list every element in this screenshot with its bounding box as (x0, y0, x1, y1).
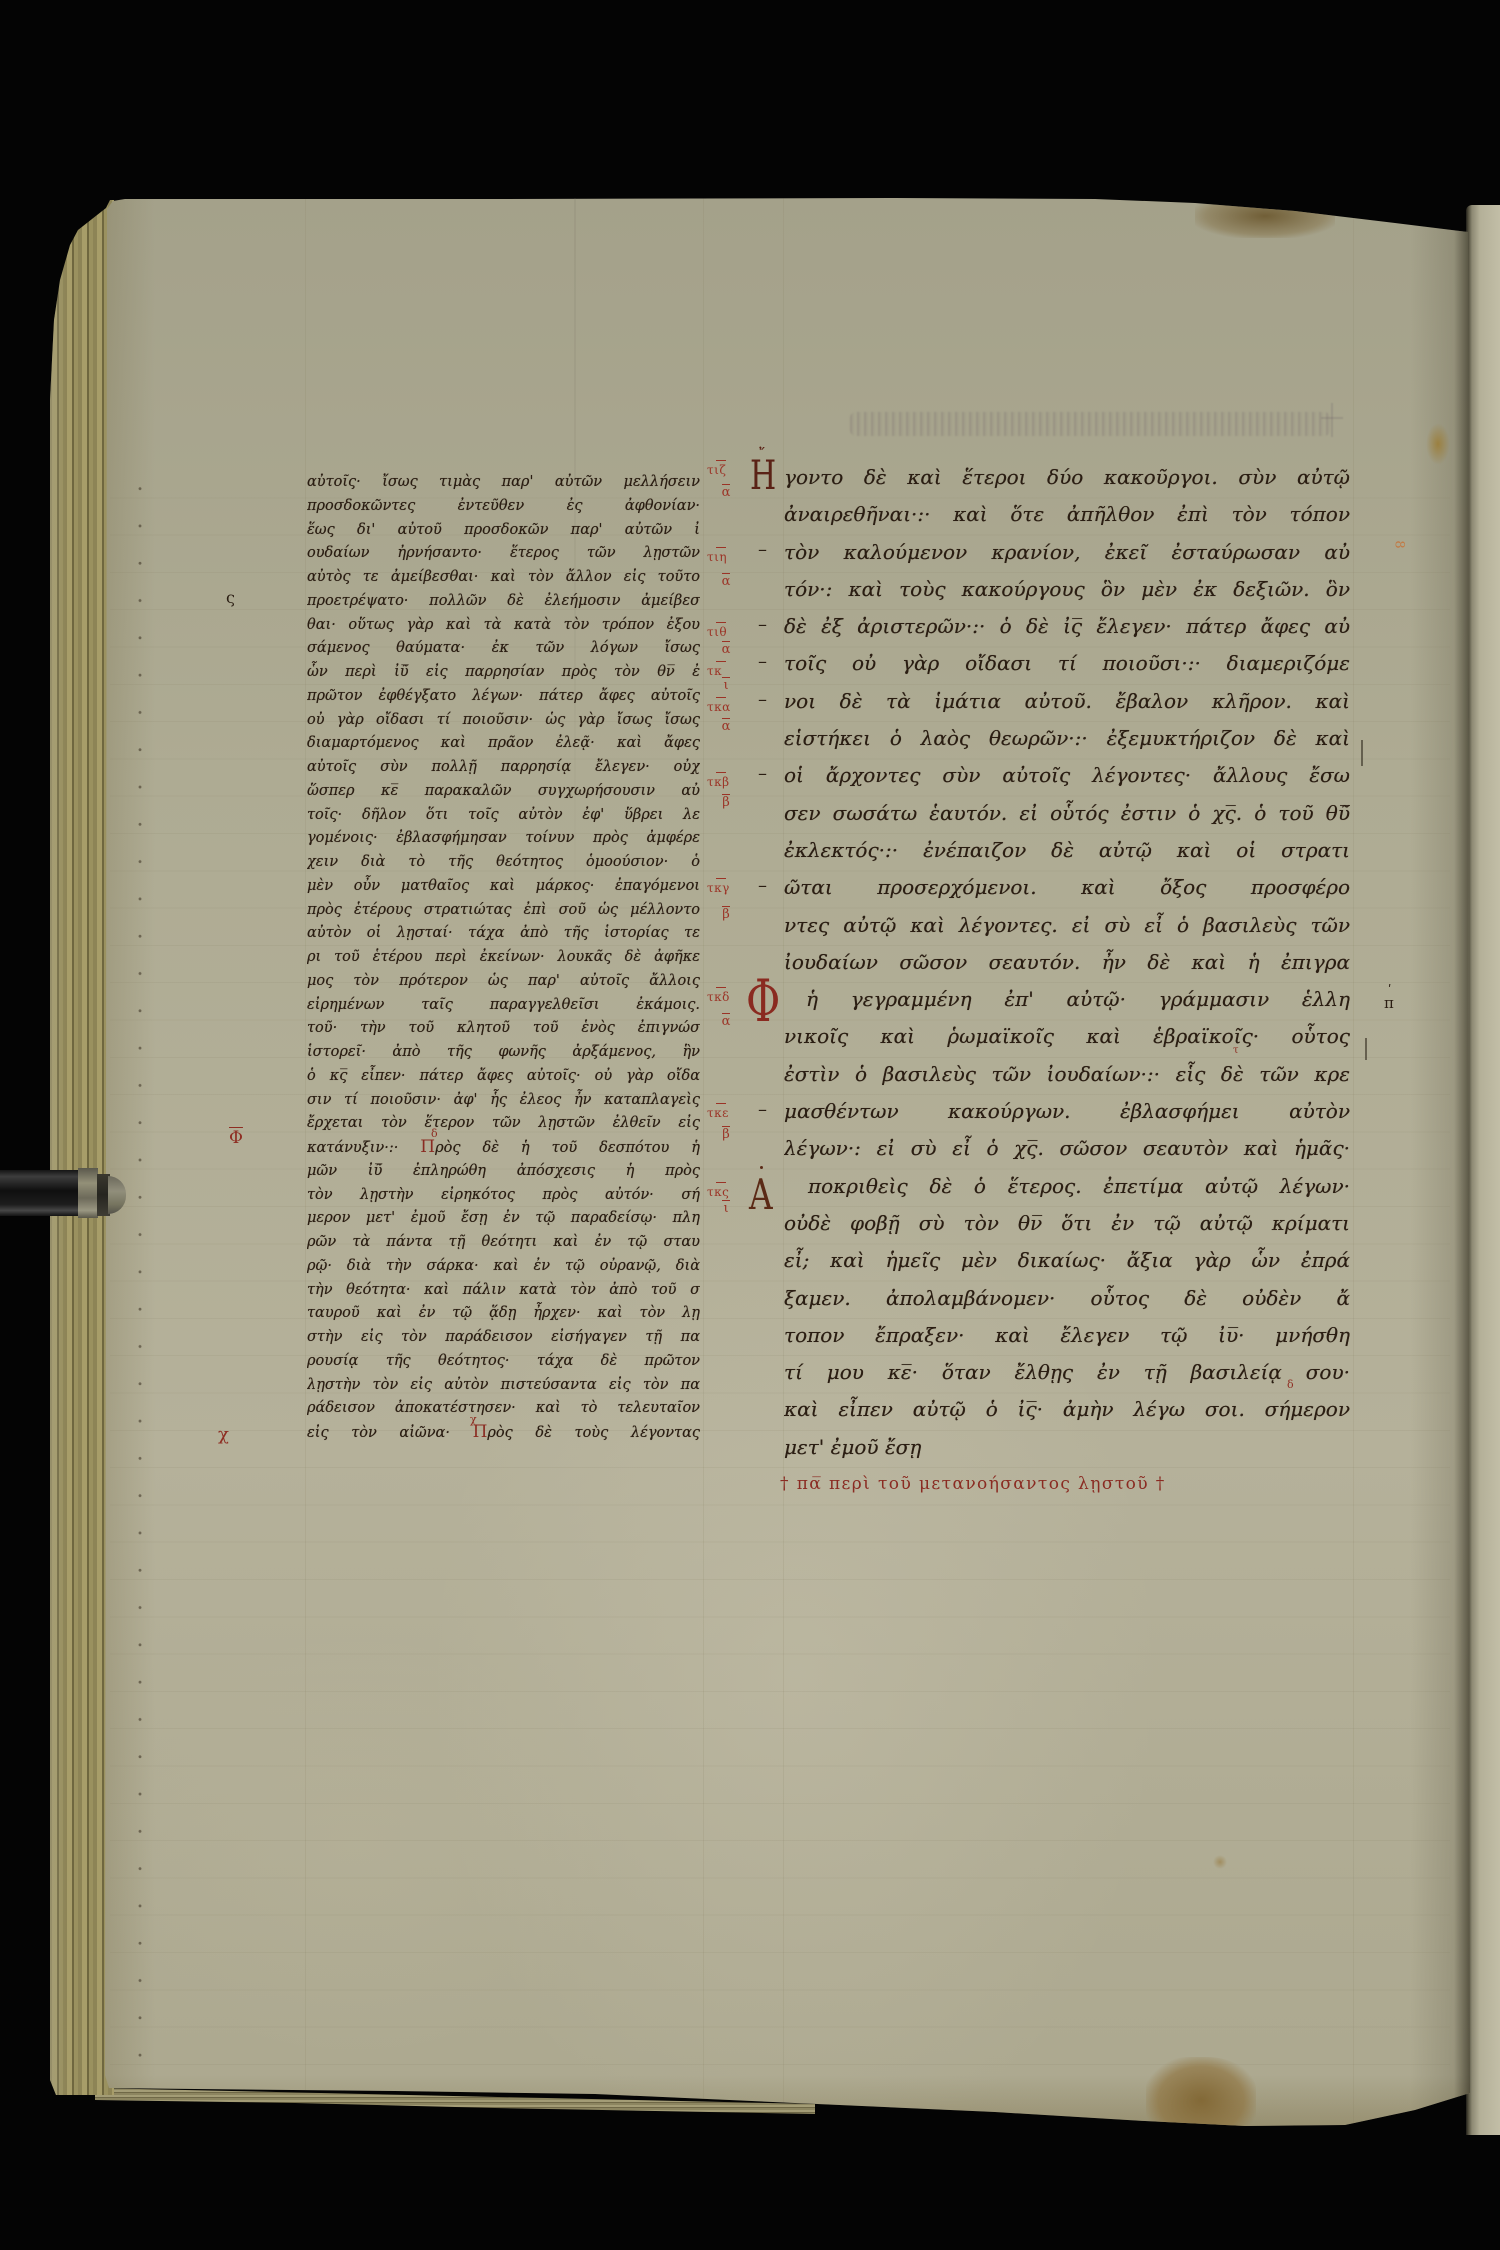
section-start-dash: – (758, 690, 767, 710)
text-line: εἶ; καὶ ἡμεῖς μὲν δικαίως· ἄξια γὰρ ὧν ἐ… (784, 1242, 1350, 1279)
section-start-dash: – (758, 615, 767, 635)
text-line-rubricated: εἰς τὸν αἰῶνα· Πρὸς δὲ τοὺς λέγοντας (307, 1421, 700, 1445)
stain-spot (1426, 423, 1450, 465)
text-line: ταυροῦ καὶ ἐν τῷ ᾅδῃ ἦρχεν· καὶ τὸν λῃ (307, 1302, 700, 1326)
text-line: μερον μετ' ἐμοῦ ἔσῃ ἐν τῷ παραδείσῳ· πλη (307, 1207, 700, 1231)
text-line: τὸν λῃστὴν εἰρηκότος πρὸς αὐτόν· σή (307, 1184, 700, 1208)
canon-number: α (719, 720, 733, 734)
text-line: οὐδὲ φοβῇ σὺ τὸν θν̅ ὅτι ἐν τῷ αὐτῷ κρίμ… (784, 1205, 1350, 1242)
canon-number: β (719, 908, 733, 922)
section-label: τιζ (707, 463, 726, 477)
text-line: τοῖς· δῆλον ὅτι τοῖς αὐτὸν ἐφ' ὕβρει λε (307, 804, 700, 828)
canon-number: α (719, 486, 733, 500)
section-label: τκγ (707, 881, 730, 895)
section-label: τιθ (707, 625, 727, 639)
initial-letter-eta: Η (750, 456, 776, 496)
canon-number: ι (719, 679, 733, 693)
text-line: σιν τί ποιοῦσιν· ἀφ' ἧς ἐλεος ἦν καταπλα… (307, 1089, 700, 1113)
text-line: αὐτοῖς σὺν πολλῇ παρρησίᾳ ἔλεγεν· οὐχ (307, 756, 700, 780)
text-line: διαμαρτόμενος καὶ πρᾶον ἐλεᾷ· καὶ ἄφες (307, 732, 700, 756)
section-number: τιζ α (707, 463, 749, 507)
canon-number: α (719, 643, 733, 657)
section-label: τιη (707, 550, 727, 564)
text-line: εἱστήκει ὁ λαὸς θεωρῶν·:· ἐξεμυκτήριζον … (784, 720, 1350, 757)
text-line: νοι δὲ τὰ ἱμάτια αὐτοῦ. ἔβαλον κλῆρον. κ… (784, 683, 1350, 720)
margin-mark-left: Φ (229, 1130, 243, 1147)
text-line: ἡ γεγραμμένη ἐπ' αὐτῷ· γράμμασιν ἑλλη (784, 981, 1350, 1018)
text-segment: ρὸς δὲ ἡ τοῦ δεσπότου ἡ (435, 1140, 700, 1156)
text-line: ἀναιρεθῆναι·:· καὶ ὅτε ἀπῆλθον ἐπὶ τὸν τ… (784, 496, 1350, 533)
text-line: ράδεισον ἀποκατέστησεν· καὶ τὸ τελευταῖο… (307, 1397, 700, 1421)
initial-breathing-dot (760, 1166, 763, 1169)
text-segment: εἰς τὸν αἰῶνα· (307, 1425, 473, 1441)
canon-number: α (719, 575, 733, 589)
section-number: τκς ι (707, 1185, 749, 1229)
text-line: τοῖς οὐ γὰρ οἴδασι τί ποιοῦσι·:· διαμερι… (784, 645, 1350, 682)
interlinear-mark: τ (1233, 1046, 1239, 1056)
text-line: ἔρχεται τὸν ἕτερον τῶν λῃστῶν ἐλθεῖν εἰς (307, 1112, 700, 1136)
text-line: καὶ εἶπεν αὐτῷ ὁ ἰς̅· ἀμὴν λέγω σοι. σήμ… (784, 1391, 1350, 1428)
section-label: τκβ (707, 775, 730, 789)
text-line: στὴν εἰς τὸν παράδεισον εἰσήγαγεν τῇ πα (307, 1326, 700, 1350)
text-line: ποκριθεὶς δὲ ὁ ἕτερος. ἐπετίμα αὐτῷ λέγω… (784, 1168, 1350, 1205)
text-line: ὁ κς̅ εἶπεν· πάτερ ἄφες αὐτοῖς· οὐ γὰρ ο… (307, 1065, 700, 1089)
section-number: τιη α (707, 550, 749, 594)
text-line: ἱστορεῖ· ἀπὸ τῆς φωνῆς ἀρξάμενος, ἣν (307, 1041, 700, 1065)
text-line: χειν διὰ τὸ τῆς θεότητος ὁμοούσιον· ὁ (307, 851, 700, 875)
margin-mark-right-lower: π (1384, 996, 1394, 1011)
text-line: ὧν περὶ ἰῦ̅ εἰς παρρησίαν πρὸς τὸν θν̅ ἐ (307, 661, 700, 685)
stain-spot (1213, 1855, 1227, 1869)
right-text-column: γοντο δὲ καὶ ἕτεροι δύο κακοῦργοι. σὺν α… (784, 459, 1350, 1466)
text-line: νικοῖς καὶ ῥωμαϊκοῖς καὶ ἑβραϊκοῖς· οὗτο… (784, 1018, 1350, 1055)
text-line: πρὸς ἑτέρους στρατιώτας ἐπὶ σοῦ ὡς μέλλο… (307, 899, 700, 923)
text-line: οὐ γὰρ οἴδασι τί ποιοῦσιν· ὡς γὰρ ἴσως ἴ… (307, 709, 700, 733)
section-start-dash: – (758, 764, 767, 784)
section-number: τκε β (707, 1106, 749, 1150)
section-number: τκγ β (707, 881, 749, 925)
text-line: ρουσίᾳ τῆς θεότητος· τάχα δὲ πρῶτον (307, 1350, 700, 1374)
text-line: ὥσπερ κε̅ παρακαλῶν συγχωρήσουσιν αὐ (307, 780, 700, 804)
section-start-dash: – (758, 652, 767, 672)
stain-bottom (1146, 2057, 1256, 2129)
text-line: ρι τοῦ ἑτέρου περὶ ἐκείνων· λουκᾶς δὲ ἀφ… (307, 946, 700, 970)
margin-tick (1365, 1038, 1367, 1060)
section-label: τκδ (707, 990, 730, 1004)
text-line: ρῶν τὰ πάντα τῇ θεότητι καὶ ἐν τῷ σταυ (307, 1231, 700, 1255)
section-number: τιθ α (707, 625, 749, 669)
section-label: τκε (707, 1106, 729, 1120)
text-line: προετρέψατο· πολλῶν δὲ ἐλεήμοσιν ἀμείβεσ (307, 590, 700, 614)
margin-tick (1361, 740, 1363, 766)
initial-letter-phi: Φ (746, 972, 780, 1030)
text-line-rubricated: κατάνυξιν·:· Πρὸς δὲ ἡ τοῦ δεσπότου ἡ (307, 1136, 700, 1160)
vertical-ruling (305, 195, 306, 2130)
rod-tip (108, 1176, 126, 1214)
text-line: ντες αὐτῷ καὶ λέγοντες. εἰ σὺ εἶ ὁ βασιλ… (784, 907, 1350, 944)
vertical-ruling (703, 195, 704, 2130)
section-start-dash: – (758, 1100, 767, 1120)
text-line: δὲ ἐξ ἀριστερῶν·:· ὁ δὲ ἰς̅ ἔλεγεν· πάτε… (784, 608, 1350, 645)
section-label: τκς (707, 1185, 729, 1199)
text-line: αὐτοῖς· ἴσως τιμὰς παρ' αὐτῶν μελλήσειν (307, 471, 700, 495)
canon-number: ι (719, 1202, 733, 1216)
rubric-chapter-title: † πα̅ περὶ τοῦ μετανοήσαντος λῃστοῦ † (780, 1474, 1166, 1494)
text-line: ἐστὶν ὁ βασιλεὺς τῶν ἰουδαίων·:· εἷς δὲ … (784, 1056, 1350, 1093)
section-label: τκα (707, 700, 731, 714)
rod-collar (78, 1168, 98, 1218)
section-number: τκα α (707, 700, 749, 744)
text-line: ἕως δι' αὐτοῦ προσδοκῶν παρ' αὐτῶν ἰ (307, 519, 700, 543)
text-line: λέγων·: εἰ σὺ εἶ ὁ χς̅. σῶσον σεαυτὸν κα… (784, 1130, 1350, 1167)
pricking-holes (136, 470, 144, 2090)
rod-body (0, 1170, 82, 1216)
text-line: τοῦ· τὴν τοῦ κλητοῦ τοῦ ἑνὸς ἐπιγνώσ (307, 1017, 700, 1041)
section-start-dash: – (758, 876, 767, 896)
text-line: αὐτὸς τε ἀμείβεσθαι· καὶ τὸν ἄλλον εἰς τ… (307, 566, 700, 590)
text-line: ρῷ· διὰ τὴν σάρκα· καὶ ἐν τῷ οὐρανῷ, διὰ (307, 1255, 700, 1279)
text-line: μος τὸν πρότερον ὡς παρ' αὐτοῖς ἄλλοις (307, 970, 700, 994)
section-label: τκ (707, 664, 722, 678)
interlinear-mark: δ (431, 1128, 438, 1139)
text-line: γοντο δὲ καὶ ἕτεροι δύο κακοῦργοι. σὺν α… (784, 459, 1350, 496)
text-line: ἐκλεκτός·:· ἐνέπαιζον δὲ αὐτῷ καὶ οἱ στρ… (784, 832, 1350, 869)
text-line: μετ' ἐμοῦ ἔσῃ (784, 1429, 1350, 1466)
text-line: τόν·: καὶ τοὺς κακούργους ὃν μὲν ἐκ δεξι… (784, 571, 1350, 608)
canon-number: β (719, 796, 733, 810)
text-line: αὐτὸν οἱ λῃσταί· τάχα ἀπὸ τῆς ἱστορίας τ… (307, 922, 700, 946)
margin-mark-left: χ (218, 1426, 229, 1444)
left-text-column: αὐτοῖς· ἴσως τιμὰς παρ' αὐτῶν μελλήσειν … (307, 471, 700, 1445)
text-line: ἰουδαίων σῶσον σεαυτόν. ἦν δὲ καὶ ἡ ἐπιγ… (784, 944, 1350, 981)
section-number: τκδ α (707, 990, 749, 1034)
interlinear-mark: χ (470, 1414, 477, 1425)
stain-top-right (1195, 204, 1335, 238)
text-line: μασθέντων κακούργων. ἐβλασφήμει αὐτὸν (784, 1093, 1350, 1130)
folio-pencil-mark: 8 (1393, 540, 1406, 548)
section-number: τκβ β (707, 775, 749, 819)
text-line: τί μου κε̅· ὅταν ἔλθῃς ἐν τῇ βασιλείᾳ σο… (784, 1354, 1350, 1391)
bleed-through-text (850, 412, 1330, 436)
text-line: εἰρημένων ταῖς παραγγελθεῖσι ἐκάμοις. (307, 994, 700, 1018)
text-segment: ρὸς δὲ τοὺς λέγοντας (487, 1425, 700, 1441)
bleed-through-cross (1331, 403, 1333, 437)
text-line: ῶται προσερχόμενοι. καὶ ὄξος προσφέρο (784, 869, 1350, 906)
page-holder-rod (0, 1166, 128, 1220)
text-line: τοπον ἔπραξεν· καὶ ἔλεγεν τῷ ἰυ̅· μνήσθη (784, 1317, 1350, 1354)
section-start-dash: – (758, 540, 767, 560)
text-line: σάμενος θαύματα· ἐκ τῶν λόγων ἴσως (307, 637, 700, 661)
text-line: θαι· οὕτως γὰρ καὶ τὰ κατὰ τὸν τρόπον ἐξ… (307, 614, 700, 638)
rubricated-initial: Π (420, 1137, 435, 1157)
vertical-ruling (1353, 195, 1354, 2130)
text-line: σεν σωσάτω ἑαυτόν. εἰ οὗτός ἐστιν ὁ χς̅.… (784, 795, 1350, 832)
text-line: οἱ ἄρχοντες σὺν αὐτοῖς λέγοντες· ἄλλους … (784, 757, 1350, 794)
text-line: γομένοις· ἐβλασφήμησαν τοίνυν πρὸς ἀμφέρ… (307, 827, 700, 851)
canon-number: β (719, 1128, 733, 1142)
text-line: μῶν ἰῦ̅ ἐπληρώθη ἀπόσχεσις ἡ πρὸς (307, 1160, 700, 1184)
bleed-through-cross (1321, 417, 1343, 419)
text-line: ουδαίων ἠρνήσαντο· ἕτερος τῶν λῃστῶν (307, 542, 700, 566)
interlinear-mark: δ (1287, 1379, 1294, 1390)
text-segment: κατάνυξιν·:· (307, 1140, 420, 1156)
text-line: ξαμεν. ἀπολαμβάνομεν· οὗτος δὲ οὐδὲν ἄ (784, 1280, 1350, 1317)
text-line: λῃστὴν τὸν εἰς αὐτὸν πιστεύσαντα εἰς τὸν… (307, 1374, 700, 1398)
text-line: τὸν καλούμενον κρανίον, ἐκεῖ ἐσταύρωσαν … (784, 534, 1350, 571)
canon-number: α (719, 1015, 733, 1029)
text-line: τὴν θεότητα· καὶ πάλιν κατὰ τὸν ἀπὸ τοῦ … (307, 1279, 700, 1303)
text-line: προσδοκῶντες ἐντεῦθεν ἐς ἀφθονίαν· (307, 495, 700, 519)
text-line: μὲν οὖν ματθαῖος καὶ μάρκος· ἐπαγόμενοι (307, 875, 700, 899)
initial-letter-alpha: Α (749, 1174, 773, 1216)
fore-edge-page-stack (48, 200, 114, 2100)
next-leaf-edge (1466, 205, 1500, 2135)
text-line: πρῶτον ἐφθέγξατο λέγων· πάτερ ἄφες αὐτοῖ… (307, 685, 700, 709)
margin-mark-left: ς (226, 590, 235, 606)
